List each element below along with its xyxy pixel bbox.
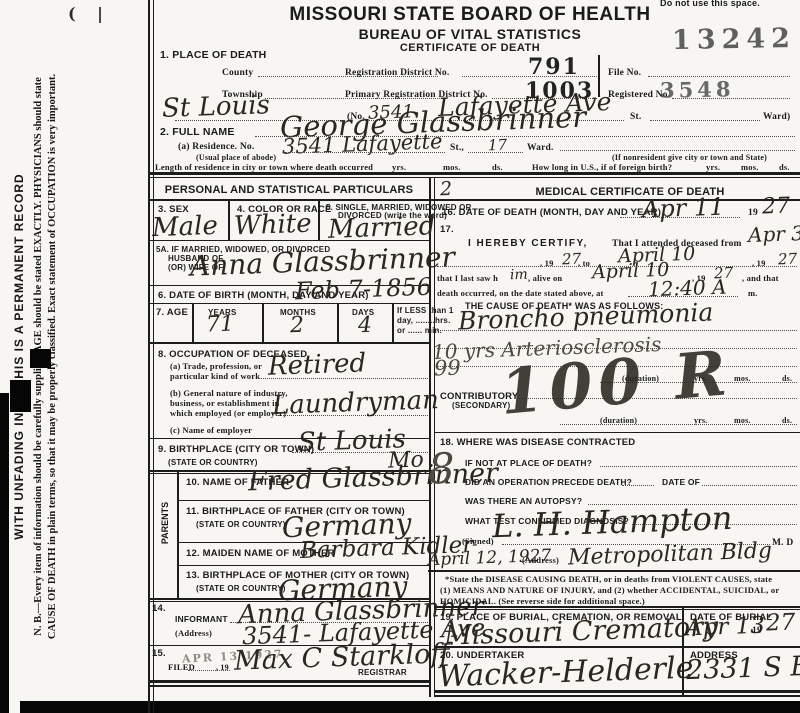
registration-district-label: Registration District No. (345, 68, 449, 78)
length-mos-label: mos. (443, 162, 461, 172)
registration-district-value: 791 (528, 54, 580, 80)
sex-value-handwriting: Male (152, 213, 219, 241)
right-column-header: MEDICAL CERTIFICATE OF DEATH (470, 186, 790, 198)
parents-vertical-label: PARENTS (160, 478, 170, 568)
us-mos-label: mos. (741, 162, 759, 172)
undertaker-handwriting: Wacker-Helderle (438, 654, 694, 693)
row10-bottom-line (177, 500, 429, 501)
occupation-a-handwriting: Retired (268, 350, 367, 379)
age-less-line3: or ...... min. (397, 326, 442, 335)
occupation-c-label: (c) Name of employer (170, 425, 252, 435)
scanned-death-certificate: { "hdr": { "do_not_use": "Do not use thi… (0, 0, 800, 713)
occupation-b-line1: (b) General nature of industry, (170, 388, 288, 398)
certificate-left-border-outer (148, 0, 150, 713)
address-label: (Address) (522, 555, 559, 565)
row3-bottom-line (148, 240, 429, 241)
burial-yr-handwriting: 27 (766, 611, 796, 635)
cause-code2-handwriting: 99 (434, 358, 461, 380)
page-subtitle: BUREAU OF VITAL STATISTICS (260, 26, 680, 42)
ward-no-handwriting: 17 (488, 138, 508, 154)
row17-bottom-line (434, 432, 800, 433)
signed-label: (Signed) (462, 536, 494, 546)
row12-bottom-line (177, 565, 429, 566)
operation-date-dots (702, 485, 797, 486)
birthplace-state-label: (STATE OR COUNTRY) (168, 458, 258, 467)
ink-mark: ( | (68, 4, 111, 23)
age-months-handwriting: 2 (290, 315, 305, 337)
pencil-mark-8: 8 (427, 448, 455, 491)
certify-19b: , 19 (752, 258, 766, 268)
how-long-us-label: How long in U.S., if of foreign birth? (532, 162, 672, 172)
disease-contracted-label: 18. WHERE WAS DISEASE CONTRACTED (440, 437, 635, 448)
certify-19a: , 19 (540, 258, 554, 268)
informant-number: 14. (152, 603, 166, 614)
last-saw-label: that I last saw h (437, 273, 498, 283)
row6-bottom-line (148, 303, 429, 304)
race-value-handwriting: White (234, 211, 312, 240)
and-that-label: , and that (742, 273, 779, 283)
scan-artifact-blob-1 (30, 349, 51, 368)
scan-artifact-left-bar (0, 393, 9, 713)
md-label: M. D (772, 538, 793, 548)
us-ds-label: ds. (779, 162, 790, 172)
date-of-death-yr-handwriting: 27 (762, 196, 791, 219)
row19-bottom-line (434, 646, 800, 648)
footnote-line2: (1) MEANS AND NATURE OF INJURY, and (2) … (440, 585, 779, 595)
if-not-dots (600, 466, 797, 467)
county-label: County (222, 68, 253, 78)
footnote-line1: *State the DISEASE CAUSING DEATH, or in … (445, 574, 772, 584)
file-no-label: File No. (608, 68, 641, 78)
occupation-a-line2: particular kind of work (170, 371, 260, 381)
cause-dots-1 (437, 330, 797, 331)
certify-number: 17. (440, 224, 454, 235)
alive-on-label: , alive on (528, 273, 562, 283)
age-divider-4 (392, 303, 394, 342)
city-value-handwriting: St Louis (162, 92, 271, 122)
age-years-handwriting: 71 (206, 314, 235, 337)
age-less-line1: If LESS than 1 (397, 306, 454, 315)
father-name-handwriting: Fred Glassbrinner (248, 460, 499, 496)
occupation-a-line1: (a) Trade, profession, or (170, 361, 262, 371)
place-of-burial-handwriting: Missouri Crematory (444, 613, 719, 650)
certify-19b-val: 27 (778, 252, 798, 268)
signature-underline (428, 570, 800, 572)
duration2-dots (560, 424, 797, 425)
registrar-label: REGISTRAR (358, 668, 407, 677)
section1-title: 1. PLACE OF DEATH (160, 49, 266, 61)
physician-address-handwriting: Metropolitan Bldg (568, 540, 773, 569)
us-yrs-label: yrs. (706, 162, 720, 172)
residence-line (285, 152, 445, 153)
ward-label: Ward) (763, 112, 790, 122)
operation-dots (622, 485, 654, 486)
birthplace-label: 9. BIRTHPLACE (CITY OR TOWN) (158, 444, 314, 455)
scan-artifact-bottom-bar (20, 701, 800, 713)
st-label: St. (630, 112, 641, 122)
occupation-b-line2: business, or establishment in (170, 398, 280, 408)
sex-race-divider (228, 199, 230, 240)
last-saw-h-handwriting: im (510, 268, 528, 283)
right-column-bottom-rule-b (434, 695, 800, 697)
race-marital-divider (318, 199, 320, 240)
undertaker-address-handwriting: 2331 S Bdwy (686, 651, 800, 684)
age-divider-1 (192, 303, 194, 342)
residence-label: (a) Residence. No. (178, 142, 254, 152)
if-not-at-place-label: IF NOT AT PLACE OF DEATH? (465, 458, 592, 468)
certify-to: , to (578, 258, 590, 268)
date-of-birth-handwriting: Feb 7-1856 (295, 275, 433, 304)
residence-st-label: St., (450, 143, 464, 153)
do-not-use-label: Do not use this space. (615, 0, 800, 8)
filed-yr-label: , 19 (216, 663, 229, 672)
cause-of-death-handwriting: Broncho pneumonia (458, 300, 714, 334)
burial-yr-print: 19 (752, 626, 762, 636)
certify-statement: I HEREBY CERTIFY, (468, 238, 588, 249)
age-label: 7. AGE (156, 307, 188, 318)
length-yrs-label: yrs. (392, 162, 406, 172)
left-column-bottom-rule-light (148, 685, 429, 687)
right-column-bottom-rule-a (434, 690, 800, 693)
death-m-label: m. (748, 288, 758, 298)
age-days-handwriting: 4 (358, 315, 373, 337)
operation-label: DID AN OPERATION PRECEDE DEATH? (465, 477, 632, 487)
father-birthplace-state-label: (STATE OR COUNTRY) (196, 520, 286, 529)
death-occurred-label: death occurred, on the date stated above… (437, 288, 604, 298)
abode-label: (Usual place of abode) (196, 153, 276, 162)
filed-number: 15. (152, 648, 166, 659)
age-divider-3 (337, 303, 339, 342)
page-mark-handwriting: 2 (440, 180, 453, 199)
certificate-number-stamp: 13242 (672, 23, 796, 56)
occupation-b-line3: which employed (or employer) (170, 408, 286, 418)
row7-bottom-line (148, 342, 429, 344)
margin-note-permanent-record: WITH UNFADING INK---THIS IS A PERMANENT … (12, 0, 26, 713)
mother-birthplace-state-label: (STATE OR COUNTRY) (196, 584, 286, 593)
section2-title: 2. FULL NAME (160, 126, 235, 138)
st-field-line (650, 120, 760, 121)
footnote-bottom-rule-b (434, 609, 800, 610)
nonresident-line (560, 150, 795, 151)
registrar-signature-handwriting: Max C Starkloff (234, 640, 450, 675)
physician-signature-handwriting: L. H. Hampton (492, 502, 733, 542)
footnote-line3: HOMICIDAL. (See reverse side for additio… (440, 596, 645, 606)
registered-no-value: 3548 (660, 76, 735, 102)
occupation-b-handwriting: Laundryman (272, 387, 440, 419)
certificate-type-title: CERTIFICATE OF DEATH (260, 42, 680, 54)
nonresident-label: (If nonresident give city or town and St… (612, 153, 767, 162)
death-time-handwriting: 12:40 A (648, 277, 727, 300)
operation-date-label: DATE OF (662, 477, 700, 487)
length-ds-label: ds. (492, 162, 503, 172)
date-of-death-yr-print: 19 (748, 208, 758, 218)
section2-bottom-rule-light (148, 177, 800, 178)
attended-from-handwriting: Apr 3 (748, 223, 800, 245)
left-column-bottom-rule-heavy (148, 680, 429, 683)
section2-bottom-rule-heavy (148, 172, 800, 175)
residence-handwriting: 3541 Lafayette (282, 131, 443, 158)
age-divider-2 (262, 303, 264, 342)
contributory-scrawl-handwriting: 100 R (498, 342, 735, 424)
scan-artifact-blob-2 (10, 380, 31, 412)
informant-address-label: (Address) (175, 628, 212, 638)
footnote-bottom-rule-a (434, 606, 800, 608)
length-residence-label: Length of residence in city or town wher… (155, 162, 373, 172)
age-less-line2: day, ........hrs. (397, 316, 451, 325)
date-of-death-handwriting: Apr 11 (642, 195, 725, 222)
left-column-header: PERSONAL AND STATISTICAL PARTICULARS (160, 184, 418, 196)
marital-value-handwriting: Married (328, 213, 436, 243)
informant-label: INFORMANT (175, 614, 228, 624)
parents-cell-divider (177, 471, 179, 599)
residence-ward-label: Ward. (527, 143, 554, 153)
